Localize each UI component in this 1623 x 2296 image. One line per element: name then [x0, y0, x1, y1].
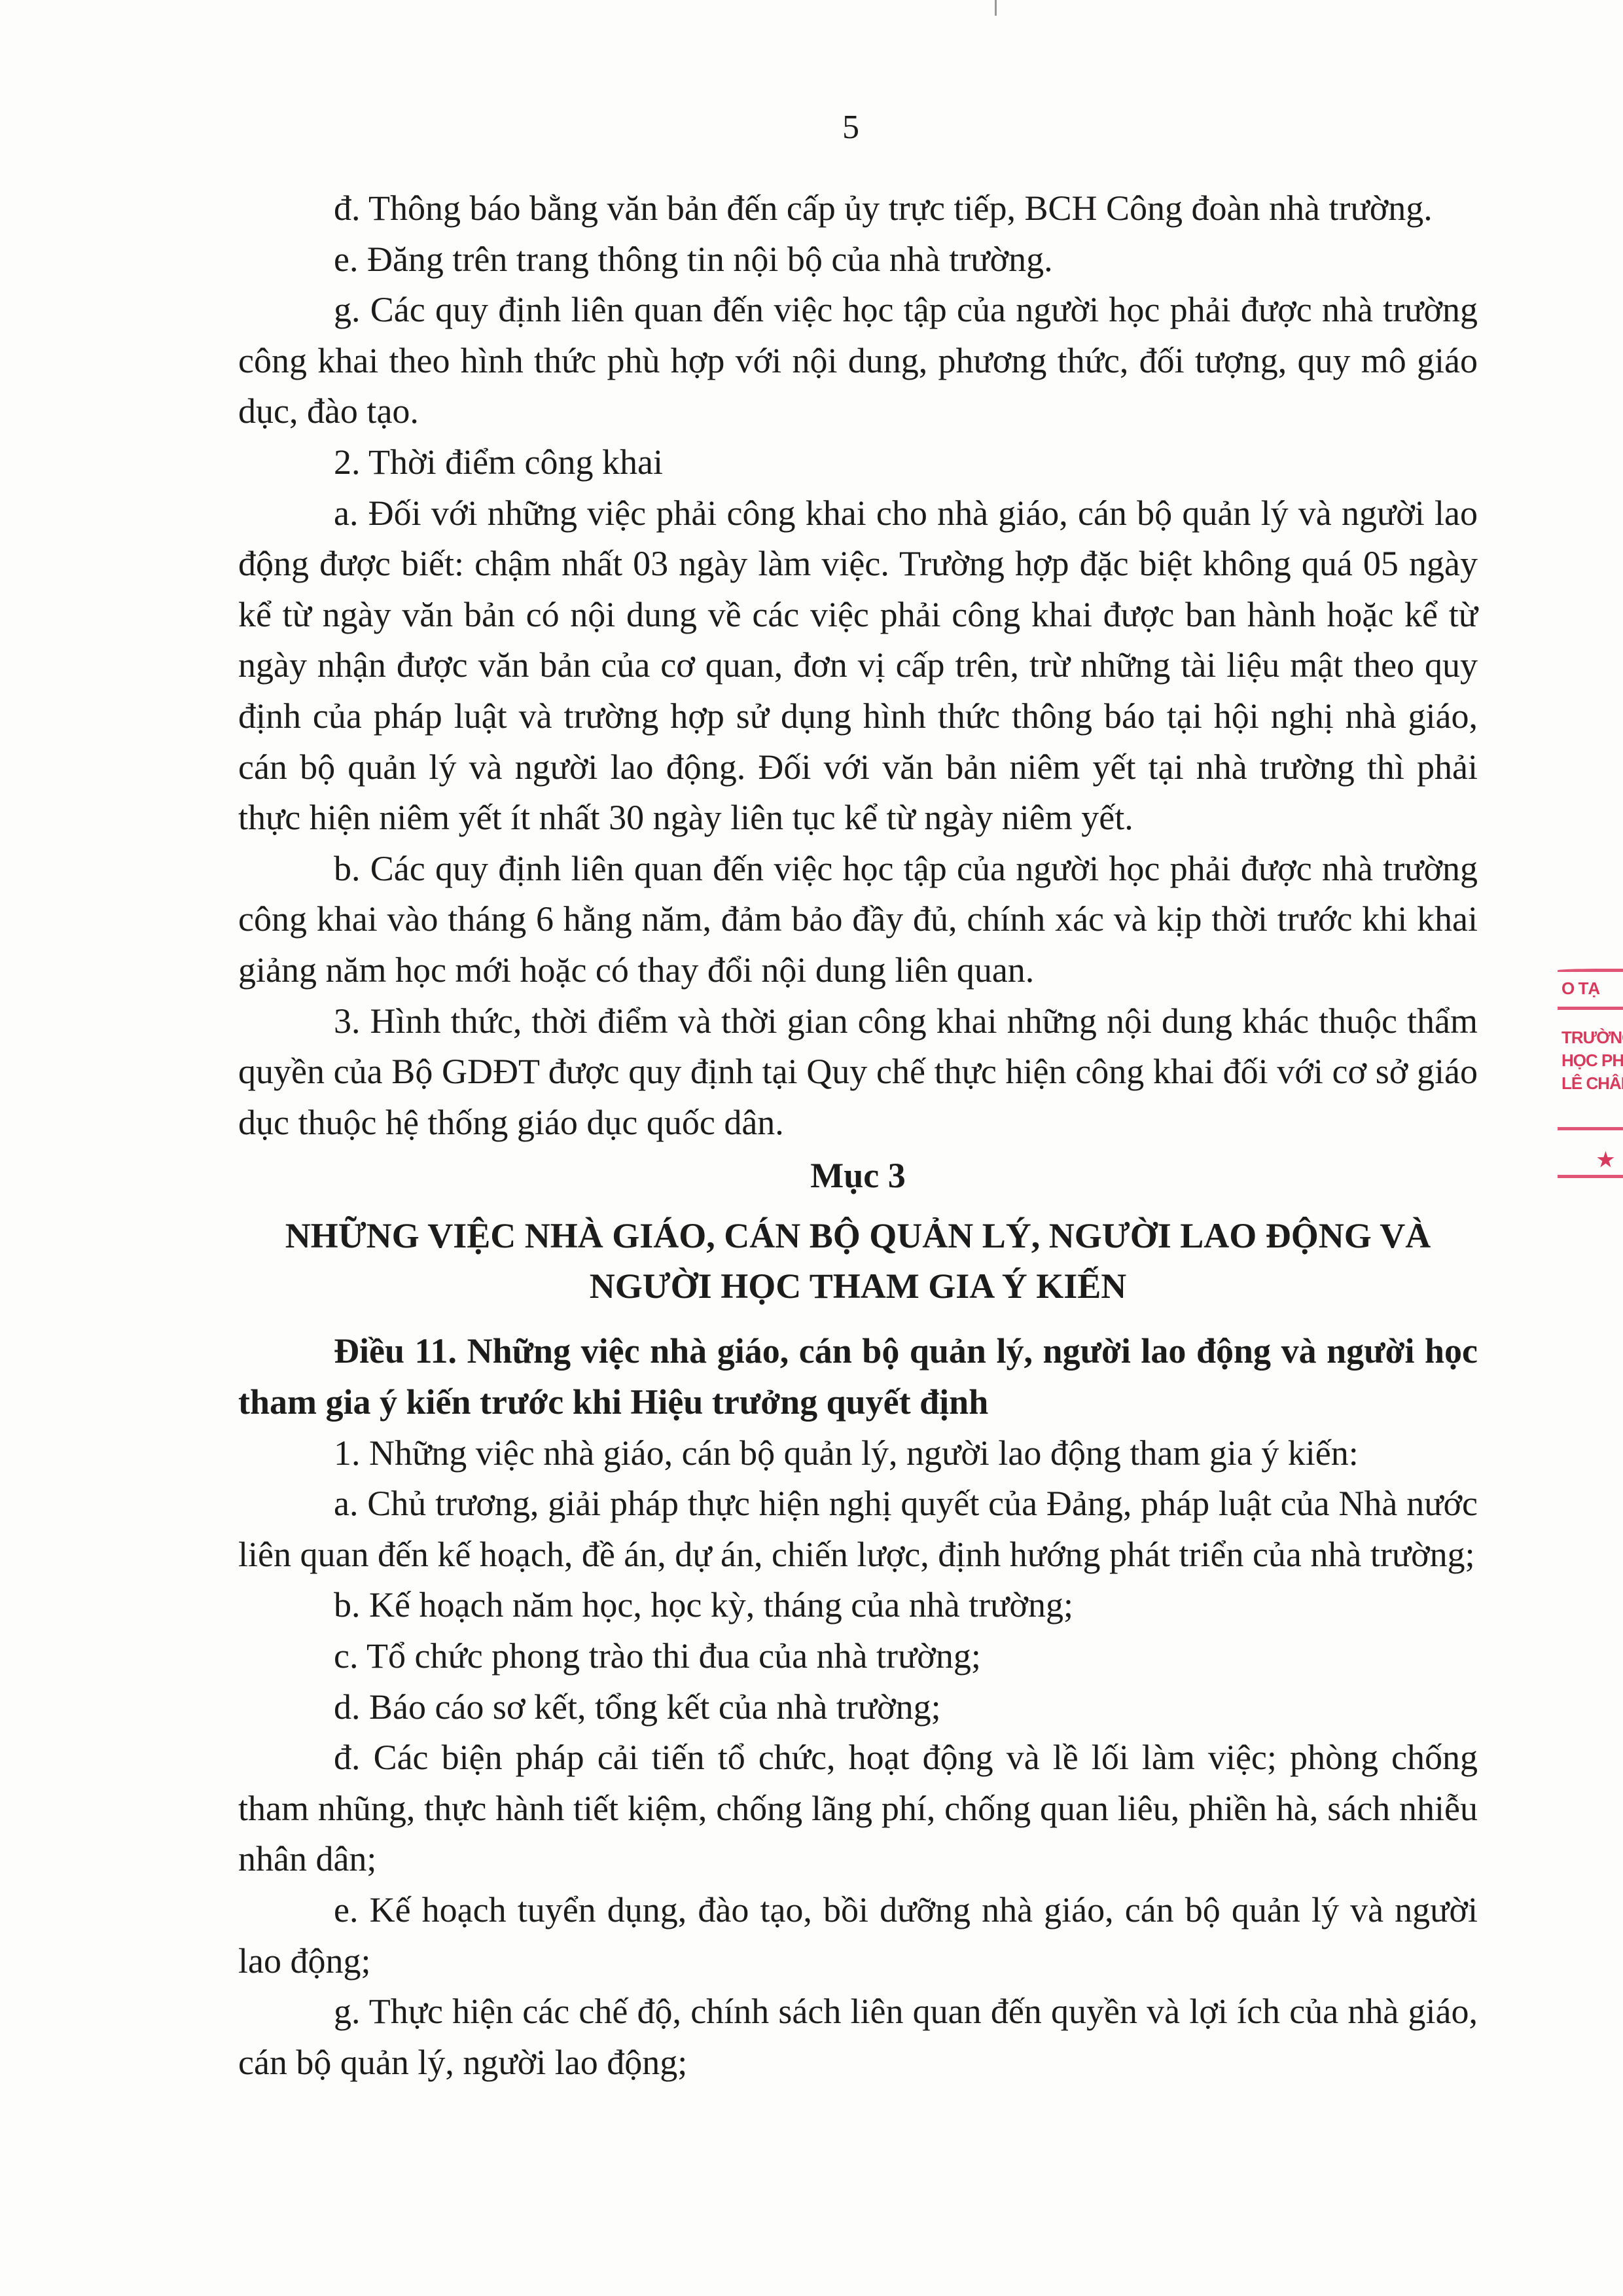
scan-mark — [995, 0, 997, 16]
article-item: e. Kế hoạch tuyển dụng, đào tạo, bồi dưỡ… — [238, 1885, 1478, 1986]
article-title: Điều 11. Những việc nhà giáo, cán bộ quả… — [238, 1326, 1478, 1427]
page-number: 5 — [0, 108, 1623, 147]
stamp-ring — [1558, 1175, 1623, 1178]
section-title-line1: NHỮNG VIỆC NHÀ GIÁO, CÁN BỘ QUẢN LÝ, NGƯ… — [238, 1211, 1478, 1261]
red-seal-stamp-icon: O TẠ TRƯỜNG HỌC PHỔ LÊ CHÂN ★ — [1558, 956, 1623, 1178]
stamp-line2: HỌC PHỔ — [1561, 1050, 1623, 1071]
article-item: c. Tổ chức phong trào thi đua của nhà tr… — [238, 1631, 1478, 1682]
paragraph: b. Các quy định liên quan đến việc học t… — [238, 844, 1478, 996]
stamp-top-text: O TẠ — [1561, 978, 1599, 999]
article-item: d. Báo cáo sơ kết, tổng kết của nhà trườ… — [238, 1682, 1478, 1733]
paragraph: 3. Hình thức, thời điểm và thời gian côn… — [238, 996, 1478, 1149]
stamp-ring — [1558, 1127, 1623, 1130]
paragraph: a. Đối với những việc phải công khai cho… — [238, 488, 1478, 844]
stamp-ring — [1558, 969, 1623, 972]
paragraph: đ. Thông báo bằng văn bản đến cấp ủy trự… — [238, 183, 1478, 234]
article-item: a. Chủ trương, giải pháp thực hiện nghị … — [238, 1479, 1478, 1580]
star-icon: ★ — [1597, 1149, 1614, 1172]
stamp-line1: TRƯỜNG — [1561, 1028, 1623, 1048]
article-item: đ. Các biện pháp cải tiến tổ chức, hoạt … — [238, 1732, 1478, 1885]
stamp-ring — [1558, 1007, 1623, 1010]
stamp-line3: LÊ CHÂN — [1561, 1073, 1623, 1094]
article-item: 1. Những việc nhà giáo, cán bộ quản lý, … — [238, 1428, 1478, 1479]
paragraph: g. Các quy định liên quan đến việc học t… — [238, 285, 1478, 437]
section-title-line2: NGƯỜI HỌC THAM GIA Ý KIẾN — [238, 1261, 1478, 1312]
document-body: đ. Thông báo bằng văn bản đến cấp ủy trự… — [238, 183, 1478, 2088]
article-item: b. Kế hoạch năm học, học kỳ, tháng của n… — [238, 1580, 1478, 1631]
article-item: g. Thực hiện các chế độ, chính sách liên… — [238, 1986, 1478, 2088]
paragraph: e. Đăng trên trang thông tin nội bộ của … — [238, 234, 1478, 285]
paragraph: 2. Thời điểm công khai — [238, 437, 1478, 488]
section-label: Mục 3 — [238, 1148, 1478, 1202]
